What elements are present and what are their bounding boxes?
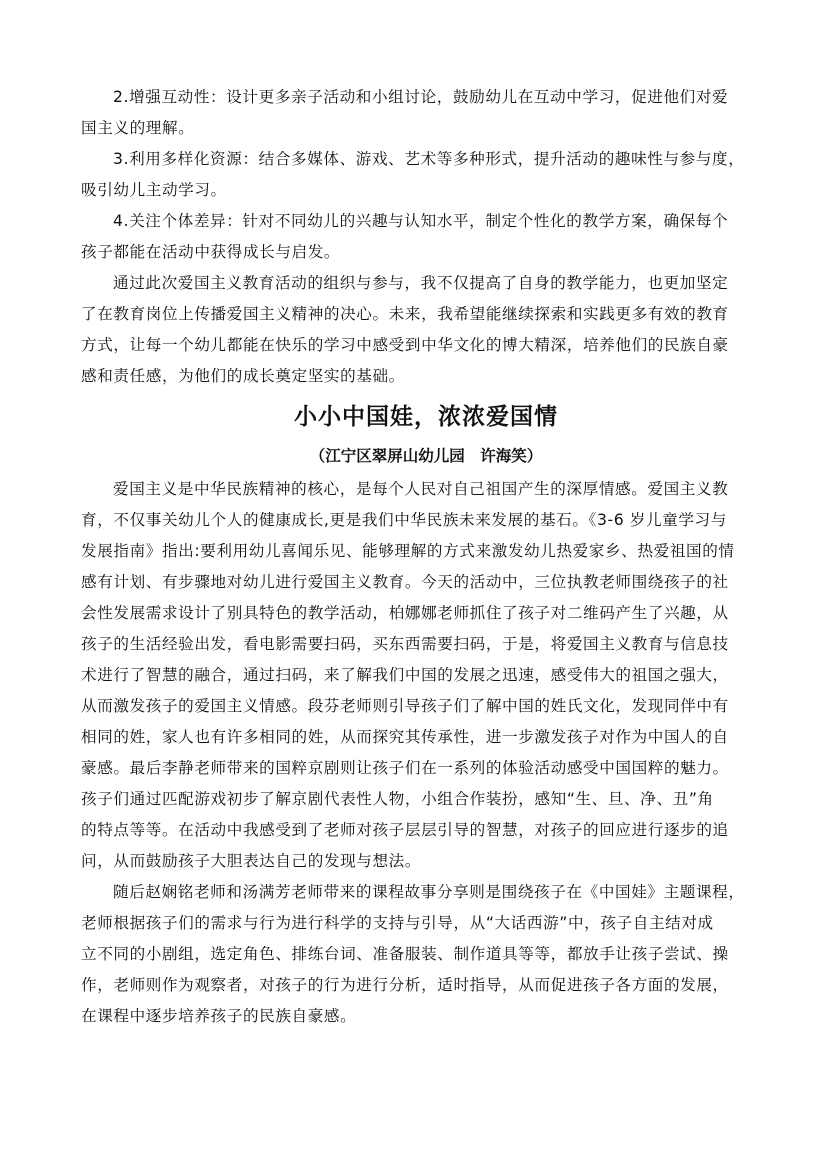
text-line: 会性发展需求设计了别具特色的教学活动，柏娜娜老师抓住了孩子对二维码产生了兴趣，从: [81, 598, 771, 629]
text-line: 孩子的生活经验出发，看电影需要扫码，买东西需要扫码，于是，将爱国主义教育与信息技: [81, 629, 771, 660]
text-line: 国主义的理解。: [81, 113, 771, 144]
text-line: 问，从而鼓励孩子大胆表达自己的发现与想法。: [81, 846, 771, 877]
article-title: 小小中国娃，浓浓爱国情: [81, 396, 771, 438]
text-line: 方式，让每一个幼儿都能在快乐的学习中感受到中华文化的博大精深，培养他们的民族自豪: [81, 330, 771, 361]
text-line: 相同的姓，家人也有许多相同的姓，从而探究其传承性，进一步激发孩子对作为中国人的自: [81, 722, 771, 753]
text-line: 作，老师则作为观察者，对孩子的行为进行分析，适时指导，从而促进孩子各方面的发展，: [81, 970, 771, 1001]
text-line: 吸引幼儿主动学习。: [81, 175, 771, 206]
text-line: 育，不仅事关幼儿个人的健康成长,更是我们中华民族未来发展的基石。《3-6 岁儿童…: [81, 505, 771, 536]
text-line: 随后赵娴铭老师和汤满芳老师带来的课程故事分享则是围绕孩子在《中国娃》主题课程，: [81, 877, 771, 908]
text-line: 的特点等等。在活动中我感受到了老师对孩子层层引导的智慧，对孩子的回应进行逐步的追: [81, 815, 771, 846]
article-byline: （江宁区翠屏山幼儿园 许海笑）: [81, 438, 771, 474]
text-line: 了在教育岗位上传播爱国主义精神的决心。未来，我希望能继续探索和实践更多有效的教育: [81, 299, 771, 330]
text-line: 4.关注个体差异：针对不同幼儿的兴趣与认知水平，制定个性化的教学方案，确保每个: [81, 206, 771, 237]
text-line: 在课程中逐步培养孩子的民族自豪感。: [81, 1001, 771, 1032]
text-line: 爱国主义是中华民族精神的核心，是每个人民对自己祖国产生的深厚情感。爱国主义教: [81, 474, 771, 505]
text-line: 豪感。最后李静老师带来的国粹京剧则让孩子们在一系列的体验活动感受中国国粹的魅力。: [81, 753, 771, 784]
article-paragraph-1: 爱国主义是中华民族精神的核心，是每个人民对自己祖国产生的深厚情感。爱国主义教 育…: [81, 474, 771, 877]
text-line: 孩子们通过匹配游戏初步了解京剧代表性人物，小组合作装扮，感知“生、旦、净、丑”角: [81, 784, 771, 815]
text-line: 2.增强互动性：设计更多亲子活动和小组讨论，鼓励幼儿在互动中学习，促进他们对爱: [81, 82, 771, 113]
text-line: 发展指南》指出:要利用幼儿喜闻乐见、能够理解的方式来激发幼儿热爱家乡、热爱祖国的…: [81, 536, 771, 567]
article-paragraph-2: 随后赵娴铭老师和汤满芳老师带来的课程故事分享则是围绕孩子在《中国娃》主题课程， …: [81, 877, 771, 1032]
document-page: 2.增强互动性：设计更多亲子活动和小组讨论，鼓励幼儿在互动中学习，促进他们对爱 …: [81, 82, 771, 1032]
text-line: 孩子都能在活动中获得成长与启发。: [81, 237, 771, 268]
suggestion-item-4: 4.关注个体差异：针对不同幼儿的兴趣与认知水平，制定个性化的教学方案，确保每个 …: [81, 206, 771, 268]
suggestion-item-2: 2.增强互动性：设计更多亲子活动和小组讨论，鼓励幼儿在互动中学习，促进他们对爱 …: [81, 82, 771, 144]
suggestion-item-3: 3.利用多样化资源：结合多媒体、游戏、艺术等多种形式，提升活动的趣味性与参与度，…: [81, 144, 771, 206]
text-line: 从而激发孩子的爱国主义情感。段芬老师则引导孩子们了解中国的姓氏文化，发现同伴中有: [81, 691, 771, 722]
text-line: 老师根据孩子们的需求与行为进行科学的支持与引导，从“大话西游”中，孩子自主结对成: [81, 908, 771, 939]
text-line: 感有计划、有步骤地对幼儿进行爱国主义教育。今天的活动中，三位执教老师围绕孩子的社: [81, 567, 771, 598]
conclusion-paragraph: 通过此次爱国主义教育活动的组织与参与，我不仅提高了自身的教学能力，也更加坚定 了…: [81, 268, 771, 392]
text-line: 3.利用多样化资源：结合多媒体、游戏、艺术等多种形式，提升活动的趣味性与参与度，: [81, 144, 771, 175]
text-line: 通过此次爱国主义教育活动的组织与参与，我不仅提高了自身的教学能力，也更加坚定: [81, 268, 771, 299]
text-line: 立不同的小剧组，选定角色、排练台词、准备服装、制作道具等等，都放手让孩子尝试、操: [81, 939, 771, 970]
text-line: 感和责任感，为他们的成长奠定坚实的基础。: [81, 361, 771, 392]
text-line: 术进行了智慧的融合，通过扫码，来了解我们中国的发展之迅速，感受伟大的祖国之强大，: [81, 660, 771, 691]
